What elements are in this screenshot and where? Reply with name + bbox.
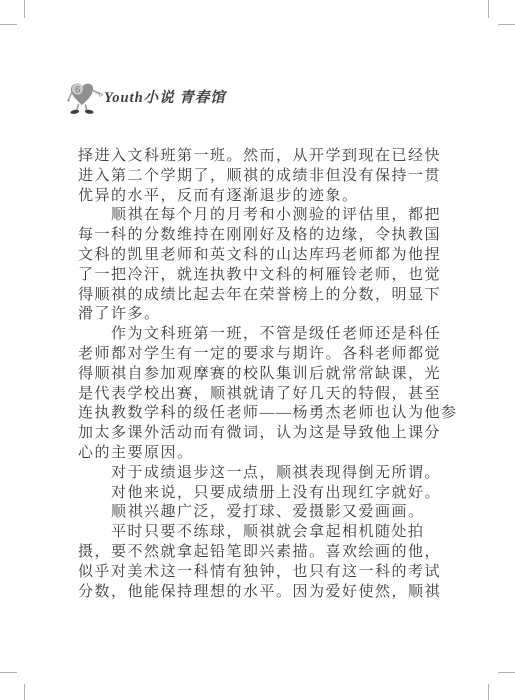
crop-mark-top-right-vertical — [488, 0, 489, 18]
text-line: 文科的凯里老师和英文科的山达库玛老师都为他捏 — [78, 246, 460, 266]
text-line: 是代表学校出赛，顺祺就请了好几天的特假，甚至 — [78, 385, 460, 405]
text-line: 加太多课外活动而有微词，认为这是导致他上课分 — [78, 424, 460, 444]
text-line: 摄，要不然就拿起铅笔即兴素描。喜欢绘画的他， — [78, 543, 460, 563]
text-line: 对他来说，只要成绩册上没有出现红字就好。 — [78, 484, 460, 504]
text-line: 顺祺兴趣广泛，爱打球、爱摄影又爱画画。 — [78, 503, 460, 523]
text-line: 心的主要原因。 — [78, 444, 460, 464]
text-line: 优异的水平，反而有逐渐退步的迹象。 — [78, 187, 460, 207]
text-line: 老师都对学生有一定的要求与期许。各科老师都觉 — [78, 345, 460, 365]
crop-mark-bottom-right-vertical — [488, 684, 489, 700]
crop-mark-top-right-horizontal — [498, 24, 515, 25]
text-line: 分数，他能保持理想的水平。因为爱好使然，顺祺 — [78, 583, 460, 603]
text-line: 择进入文科班第一班。然而，从开学到现在已经快 — [78, 147, 460, 167]
text-line: 对于成绩退步这一点，顺祺表现得倒无所谓。 — [78, 464, 460, 484]
page-number: 6 — [75, 84, 80, 95]
text-line: 作为文科班第一班，不管是级任老师还是科任 — [78, 325, 460, 345]
text-line: 连执教数学科的级任老师——杨勇杰老师也认为他参 — [78, 404, 460, 424]
text-line: 得顺祺自参加观摩赛的校队集训后就常常缺课，光 — [78, 365, 460, 385]
text-line: 平时只要不练球，顺祺就会拿起相机随处拍 — [78, 523, 460, 543]
text-line: 得顺祺的成绩比起去年在荣誉榜上的分数，明显下 — [78, 286, 460, 306]
body-text: 择进入文科班第一班。然而，从开学到现在已经快进入第二个学期了，顺祺的成绩非但没有… — [78, 147, 460, 602]
text-line: 滑了许多。 — [78, 305, 460, 325]
crop-mark-top-left-vertical — [24, 0, 25, 18]
text-line: 似乎对美术这一科情有独钟，也只有这一科的考试 — [78, 563, 460, 583]
text-line: 进入第二个学期了，顺祺的成绩非但没有保持一贯 — [78, 167, 460, 187]
text-line: 每一科的分数维持在刚刚好及格的边缘，令执教国 — [78, 226, 460, 246]
crop-mark-bottom-right-horizontal — [498, 672, 515, 673]
text-line: 顺祺在每个月的月考和小测验的评估里，都把 — [78, 206, 460, 226]
crop-mark-bottom-left-horizontal — [0, 672, 17, 673]
crop-mark-top-left-horizontal — [0, 24, 17, 25]
crop-mark-bottom-left-vertical — [24, 684, 25, 700]
brand-title: Youth小说 青春馆 — [104, 86, 226, 107]
text-line: 了一把冷汗，就连执教中文科的柯雁铃老师，也觉 — [78, 266, 460, 286]
